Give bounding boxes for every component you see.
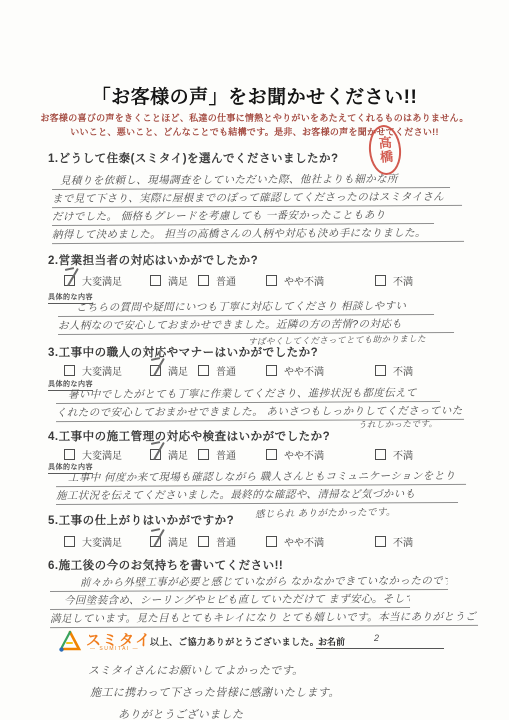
option-futsuu[interactable]: 普通 — [198, 534, 236, 549]
pencil-check-icon — [149, 528, 167, 548]
checkbox[interactable] — [375, 275, 386, 286]
question-4-title: 4.工事中の施工管理の対応や検査はいかがでしたか? — [48, 428, 330, 444]
option-daihen-manzoku[interactable]: 大変満足 — [64, 447, 122, 462]
option-fuman[interactable]: 不満 — [375, 447, 413, 462]
handwritten-line: まで見て下さり、実際に屋根までのぼって確認してくださったのはスミタイさん — [52, 191, 462, 208]
checkbox[interactable] — [64, 365, 75, 376]
option-label: やや不満 — [284, 447, 324, 462]
option-label: 大変満足 — [82, 447, 122, 462]
option-label: やや不満 — [284, 534, 324, 549]
checkbox-checked[interactable] — [150, 536, 161, 547]
pencil-check-icon — [149, 357, 167, 377]
option-manzoku[interactable]: 満足 — [150, 273, 188, 288]
handwritten-line: だけでした。 価格もグレードを考慮しても 一番安かったこともあり — [52, 209, 434, 226]
closing-line: スミタイさんにお願いしてよかったです。 — [88, 662, 304, 678]
scanned-survey-page: 「お客様の声」をお聞かせください!! お客様の喜びの声をきくことほど、私達の仕事… — [0, 0, 509, 720]
option-yaya-fuman[interactable]: やや不満 — [266, 534, 324, 549]
option-fuman[interactable]: 不満 — [375, 534, 413, 549]
option-fuman[interactable]: 不満 — [375, 273, 413, 288]
sumitai-logo-subtext: — SUMITAI — — [90, 646, 139, 652]
question-6-title: 6.施工後の今のお気持ちを書いてください!! — [48, 557, 283, 573]
option-yaya-fuman[interactable]: やや不満 — [266, 273, 324, 288]
option-yaya-fuman[interactable]: やや不満 — [266, 363, 324, 378]
option-label: 大変満足 — [82, 273, 122, 288]
checkbox[interactable] — [64, 449, 75, 460]
option-label: 普通 — [216, 273, 236, 288]
checkbox-checked[interactable] — [64, 275, 75, 286]
checkbox[interactable] — [266, 275, 277, 286]
checkbox[interactable] — [266, 449, 277, 460]
option-label: やや不満 — [284, 363, 324, 378]
handwritten-line: こちらの質問や疑問にいつも丁寧に対応してくださり 相談しやすい — [58, 300, 434, 317]
question-4-detail: 工事中 何度か来て現場も確認しながら 職人さんともコミュニケーションをとり 施工… — [56, 471, 466, 507]
option-label: 不満 — [393, 534, 413, 549]
checkbox[interactable] — [375, 365, 386, 376]
pencil-check-icon — [149, 441, 167, 461]
option-label: 普通 — [216, 447, 236, 462]
handwritten-line: 工事中 何度か来て現場も確認しながら 職人さんともコミュニケーションをとり — [56, 470, 466, 487]
checkbox[interactable] — [198, 275, 209, 286]
checkbox[interactable] — [266, 536, 277, 547]
checkbox-checked[interactable] — [150, 365, 161, 376]
question-2-detail: こちらの質問や疑問にいつも丁寧に対応してくださり 相談しやすい お人柄なので安心… — [58, 301, 462, 337]
checkbox[interactable] — [198, 536, 209, 547]
option-label: 普通 — [216, 363, 236, 378]
handwritten-line: 施工状況を伝えてくださいました。最終的な確認や、清掃など気づかいも — [56, 488, 458, 505]
option-daihen-manzoku[interactable]: 大変満足 — [64, 273, 122, 288]
option-label: 満足 — [168, 363, 188, 378]
option-label: 普通 — [216, 534, 236, 549]
subtitle-line-1: お客様の喜びの声をきくことほど、私達の仕事に情熱とやりがいをあたえてくれるものは… — [0, 112, 509, 126]
option-manzoku[interactable]: 満足 — [150, 447, 188, 462]
checkbox-checked[interactable] — [150, 449, 161, 460]
option-label: 満足 — [168, 534, 188, 549]
question-1-title: 1.どうして住泰(スミタイ)を選んでくださいましたか? — [48, 150, 339, 166]
handwritten-line: 見積りを依頼し、現場調査をしていただいた際、他社よりも細かな所 — [52, 173, 450, 190]
option-manzoku[interactable]: 満足 — [150, 534, 188, 549]
option-label: 不満 — [393, 363, 413, 378]
name-field-mark: 2 — [374, 633, 379, 643]
checkbox[interactable] — [198, 449, 209, 460]
checkbox[interactable] — [375, 449, 386, 460]
checkbox[interactable] — [64, 536, 75, 547]
option-label: やや不満 — [284, 273, 324, 288]
option-futsuu[interactable]: 普通 — [198, 273, 236, 288]
option-label: 不満 — [393, 447, 413, 462]
option-daihen-manzoku[interactable]: 大変満足 — [64, 363, 122, 378]
name-field-label: お名前 — [318, 635, 345, 648]
option-futsuu[interactable]: 普通 — [198, 447, 236, 462]
closing-line: ありがとうございました — [118, 706, 243, 720]
option-daihen-manzoku[interactable]: 大変満足 — [64, 534, 122, 549]
option-label: 大変満足 — [82, 363, 122, 378]
handwritten-line: 暑い中でしたがとても丁寧に作業してくださり、進捗状況も都度伝えて — [56, 387, 440, 404]
checkbox[interactable] — [198, 365, 209, 376]
page-title: 「お客様の声」をお聞かせください!! — [0, 82, 509, 109]
question-2-title: 2.営業担当者の対応はいかがでしたか? — [48, 252, 258, 268]
footer-thanks-text: 以上、ご協力ありがとうございました。 — [150, 635, 319, 648]
checkbox[interactable] — [375, 536, 386, 547]
option-manzoku[interactable]: 満足 — [150, 363, 188, 378]
pencil-check-icon — [63, 267, 81, 287]
question-3-title: 3.工事中の職人の対応やマナーはいかがでしたか? — [48, 344, 318, 360]
checkbox[interactable] — [150, 275, 161, 286]
option-yaya-fuman[interactable]: やや不満 — [266, 447, 324, 462]
question-6-answer: 前々から外壁工事が必要と感じていながら なかなかできていなかったのですが 今回塗… — [50, 576, 480, 630]
option-label: 不満 — [393, 273, 413, 288]
handwritten-line: 前々から外壁工事が必要と感じていながら なかなかできていなかったのですが — [50, 575, 448, 592]
option-futsuu[interactable]: 普通 — [198, 363, 236, 378]
sumitai-logo-icon — [58, 630, 82, 652]
handwritten-line: 納得して決めました。 担当の高橋さんの人柄や対応も決め手になりました。 — [52, 227, 464, 244]
checkbox[interactable] — [266, 365, 277, 376]
hanko-seal-text: 高橋 — [377, 135, 392, 164]
name-field-line[interactable] — [316, 648, 444, 649]
option-fuman[interactable]: 不満 — [375, 363, 413, 378]
question-5-title: 5.工事の仕上がりはいかがですか? — [48, 512, 234, 528]
option-label: 満足 — [168, 447, 188, 462]
handwritten-line: 今回塗装含め、シーリングやヒビも直していただけて まず安心。そして — [50, 593, 410, 610]
option-label: 満足 — [168, 273, 188, 288]
page-subtitle: お客様の喜びの声をきくことほど、私達の仕事に情熱とやりがいをあたえてくれるものは… — [0, 112, 509, 139]
question-1-answer: 見積りを依頼し、現場調査をしていただいた際、他社よりも細かな所 まで見て下さり、… — [52, 174, 464, 246]
handwritten-overflow: うれしかったです。 — [358, 417, 438, 430]
subtitle-line-2: いいこと、悪いこと、どんなことでも結構です。是非、お客様の声を聞かせてください!… — [0, 126, 509, 140]
handwritten-overflow: 感じられ ありがたかったです。 — [255, 504, 396, 520]
closing-line: 施工に携わって下さった皆様に感謝いたします。 — [90, 684, 340, 700]
handwritten-line: 満足しています。見た目もとてもキレイになり とても嬉しいです。本当にありがとうご… — [50, 611, 478, 628]
option-label: 大変満足 — [82, 534, 122, 549]
